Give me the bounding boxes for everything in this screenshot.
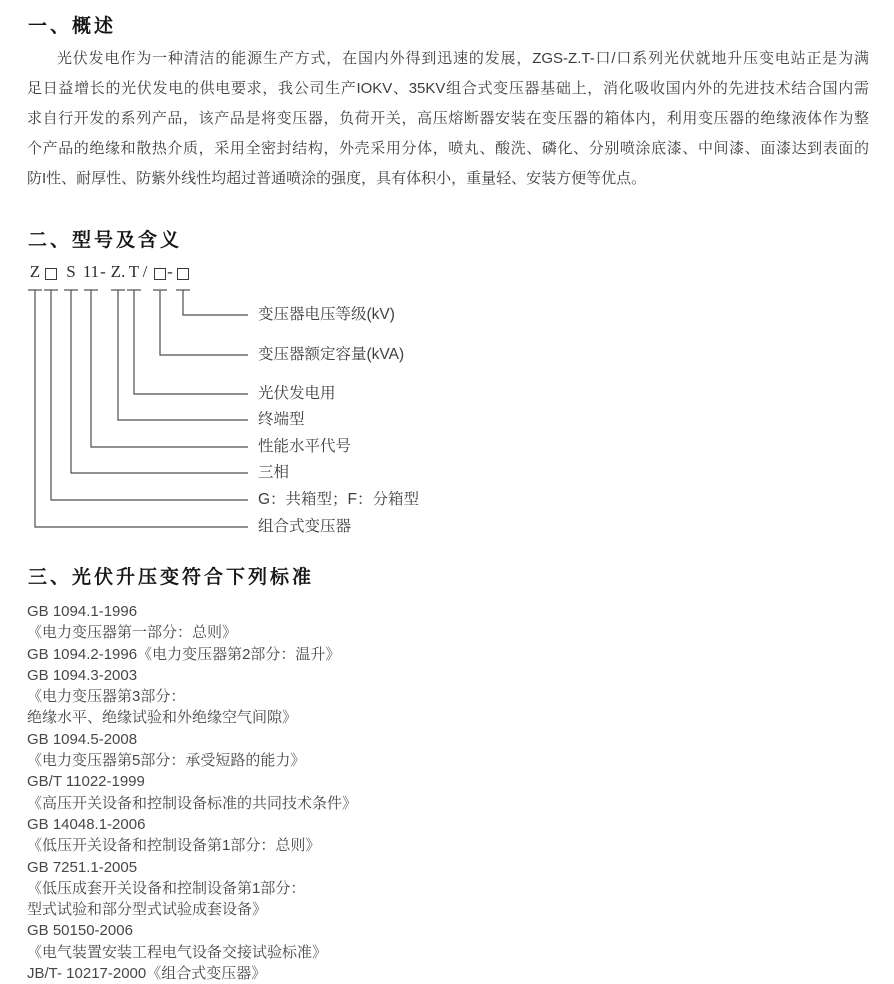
standard-item: 《电气装置安装工程电气设备交接试验标准》: [27, 942, 869, 963]
section-heading-model: 二、型号及含义: [28, 225, 182, 252]
model-diagram-lines: [0, 285, 260, 545]
model-code-token: S: [66, 262, 75, 282]
standard-item: 型式试验和部分型式试验成套设备》: [27, 899, 869, 920]
standard-item: GB 7251.1-2005: [27, 857, 869, 878]
model-label-three-phase: 三相: [258, 462, 289, 484]
standard-item: GB 1094.2-1996《电力变压器第2部分：温升》: [27, 644, 869, 665]
standard-item: GB 14048.1-2006: [27, 814, 869, 835]
model-code-token: Z.: [111, 262, 126, 282]
standard-item: 《电力变压器第3部分：: [27, 686, 869, 707]
standard-item: 《电力变压器第5部分：承受短路的能力》: [27, 750, 869, 771]
standard-item: GB 1094.5-2008: [27, 729, 869, 750]
standard-item: 《高压开关设备和控制设备标准的共同技术条件》: [27, 793, 869, 814]
standard-item: 绝缘水平、绝缘试验和外绝缘空气间隙》: [27, 707, 869, 728]
section-heading-overview: 一、概述: [28, 11, 116, 38]
model-label-rated-capacity: 变压器额定容量(kVA): [258, 344, 404, 366]
model-label-combined-transformer: 组合式变压器: [258, 516, 351, 538]
model-label-box-type: G：共箱型；F：分箱型: [258, 489, 419, 511]
model-code-token: /: [143, 262, 148, 282]
standard-item: GB 50150-2006: [27, 920, 869, 941]
paragraph-line: 防I性、耐厚性、防紫外线性均超过普通喷涂的强度，具有体积小，重量轻、安装方便等优…: [27, 164, 869, 194]
paragraph-line: 求自行开发的系列产品，该产品是将变压器，负荷开关，高压熔断器安装在变压器的箱体内…: [27, 104, 869, 134]
model-label-terminal-type: 终端型: [258, 409, 305, 431]
standard-item: GB 1094.3-2003: [27, 665, 869, 686]
model-label-voltage-class: 变压器电压等级(kV): [258, 304, 395, 326]
model-code-token: T: [129, 262, 139, 282]
model-code-token: -: [167, 262, 173, 282]
standard-item: 《低压成套开关设备和控制设备第1部分：: [27, 878, 869, 899]
paragraph-line: 个产品的绝缘和散热介质，采用全密封结构，外壳采用分体，喷丸、酸洗、磷化、分别喷涂…: [27, 134, 869, 164]
standard-item: 《电力变压器第一部分：总则》: [27, 622, 869, 643]
paragraph-line: 足日益增长的光伏发电的供电要求，我公司生产IOKV、35KV组合式变压器基础上，…: [27, 74, 869, 104]
standard-item: GB/T 11022-1999: [27, 771, 869, 792]
placeholder-box: [154, 268, 166, 280]
model-code-token: 11: [83, 262, 99, 282]
section-heading-standards: 三、光伏升压变符合下列标准: [28, 562, 314, 589]
model-label-performance: 性能水平代号: [258, 436, 351, 458]
model-code-token: Z: [30, 262, 40, 282]
model-code-token: -: [100, 262, 106, 282]
standard-item: GB 1094.1-1996: [27, 601, 869, 622]
placeholder-box: [45, 268, 57, 280]
standards-list: GB 1094.1-1996 《电力变压器第一部分：总则》 GB 1094.2-…: [27, 601, 869, 984]
model-label-pv-use: 光伏发电用: [258, 383, 336, 405]
paragraph-line: 光伏发电作为一种清洁的能源生产方式，在国内外得到迅速的发展，ZGS-Z.T-口/…: [27, 44, 869, 74]
placeholder-box: [177, 268, 189, 280]
overview-paragraph: 光伏发电作为一种清洁的能源生产方式，在国内外得到迅速的发展，ZGS-Z.T-口/…: [27, 44, 869, 194]
standard-item: JB/T- 10217-2000《组合式变压器》: [27, 963, 869, 984]
standard-item: 《低压开关设备和控制设备第1部分：总则》: [27, 835, 869, 856]
